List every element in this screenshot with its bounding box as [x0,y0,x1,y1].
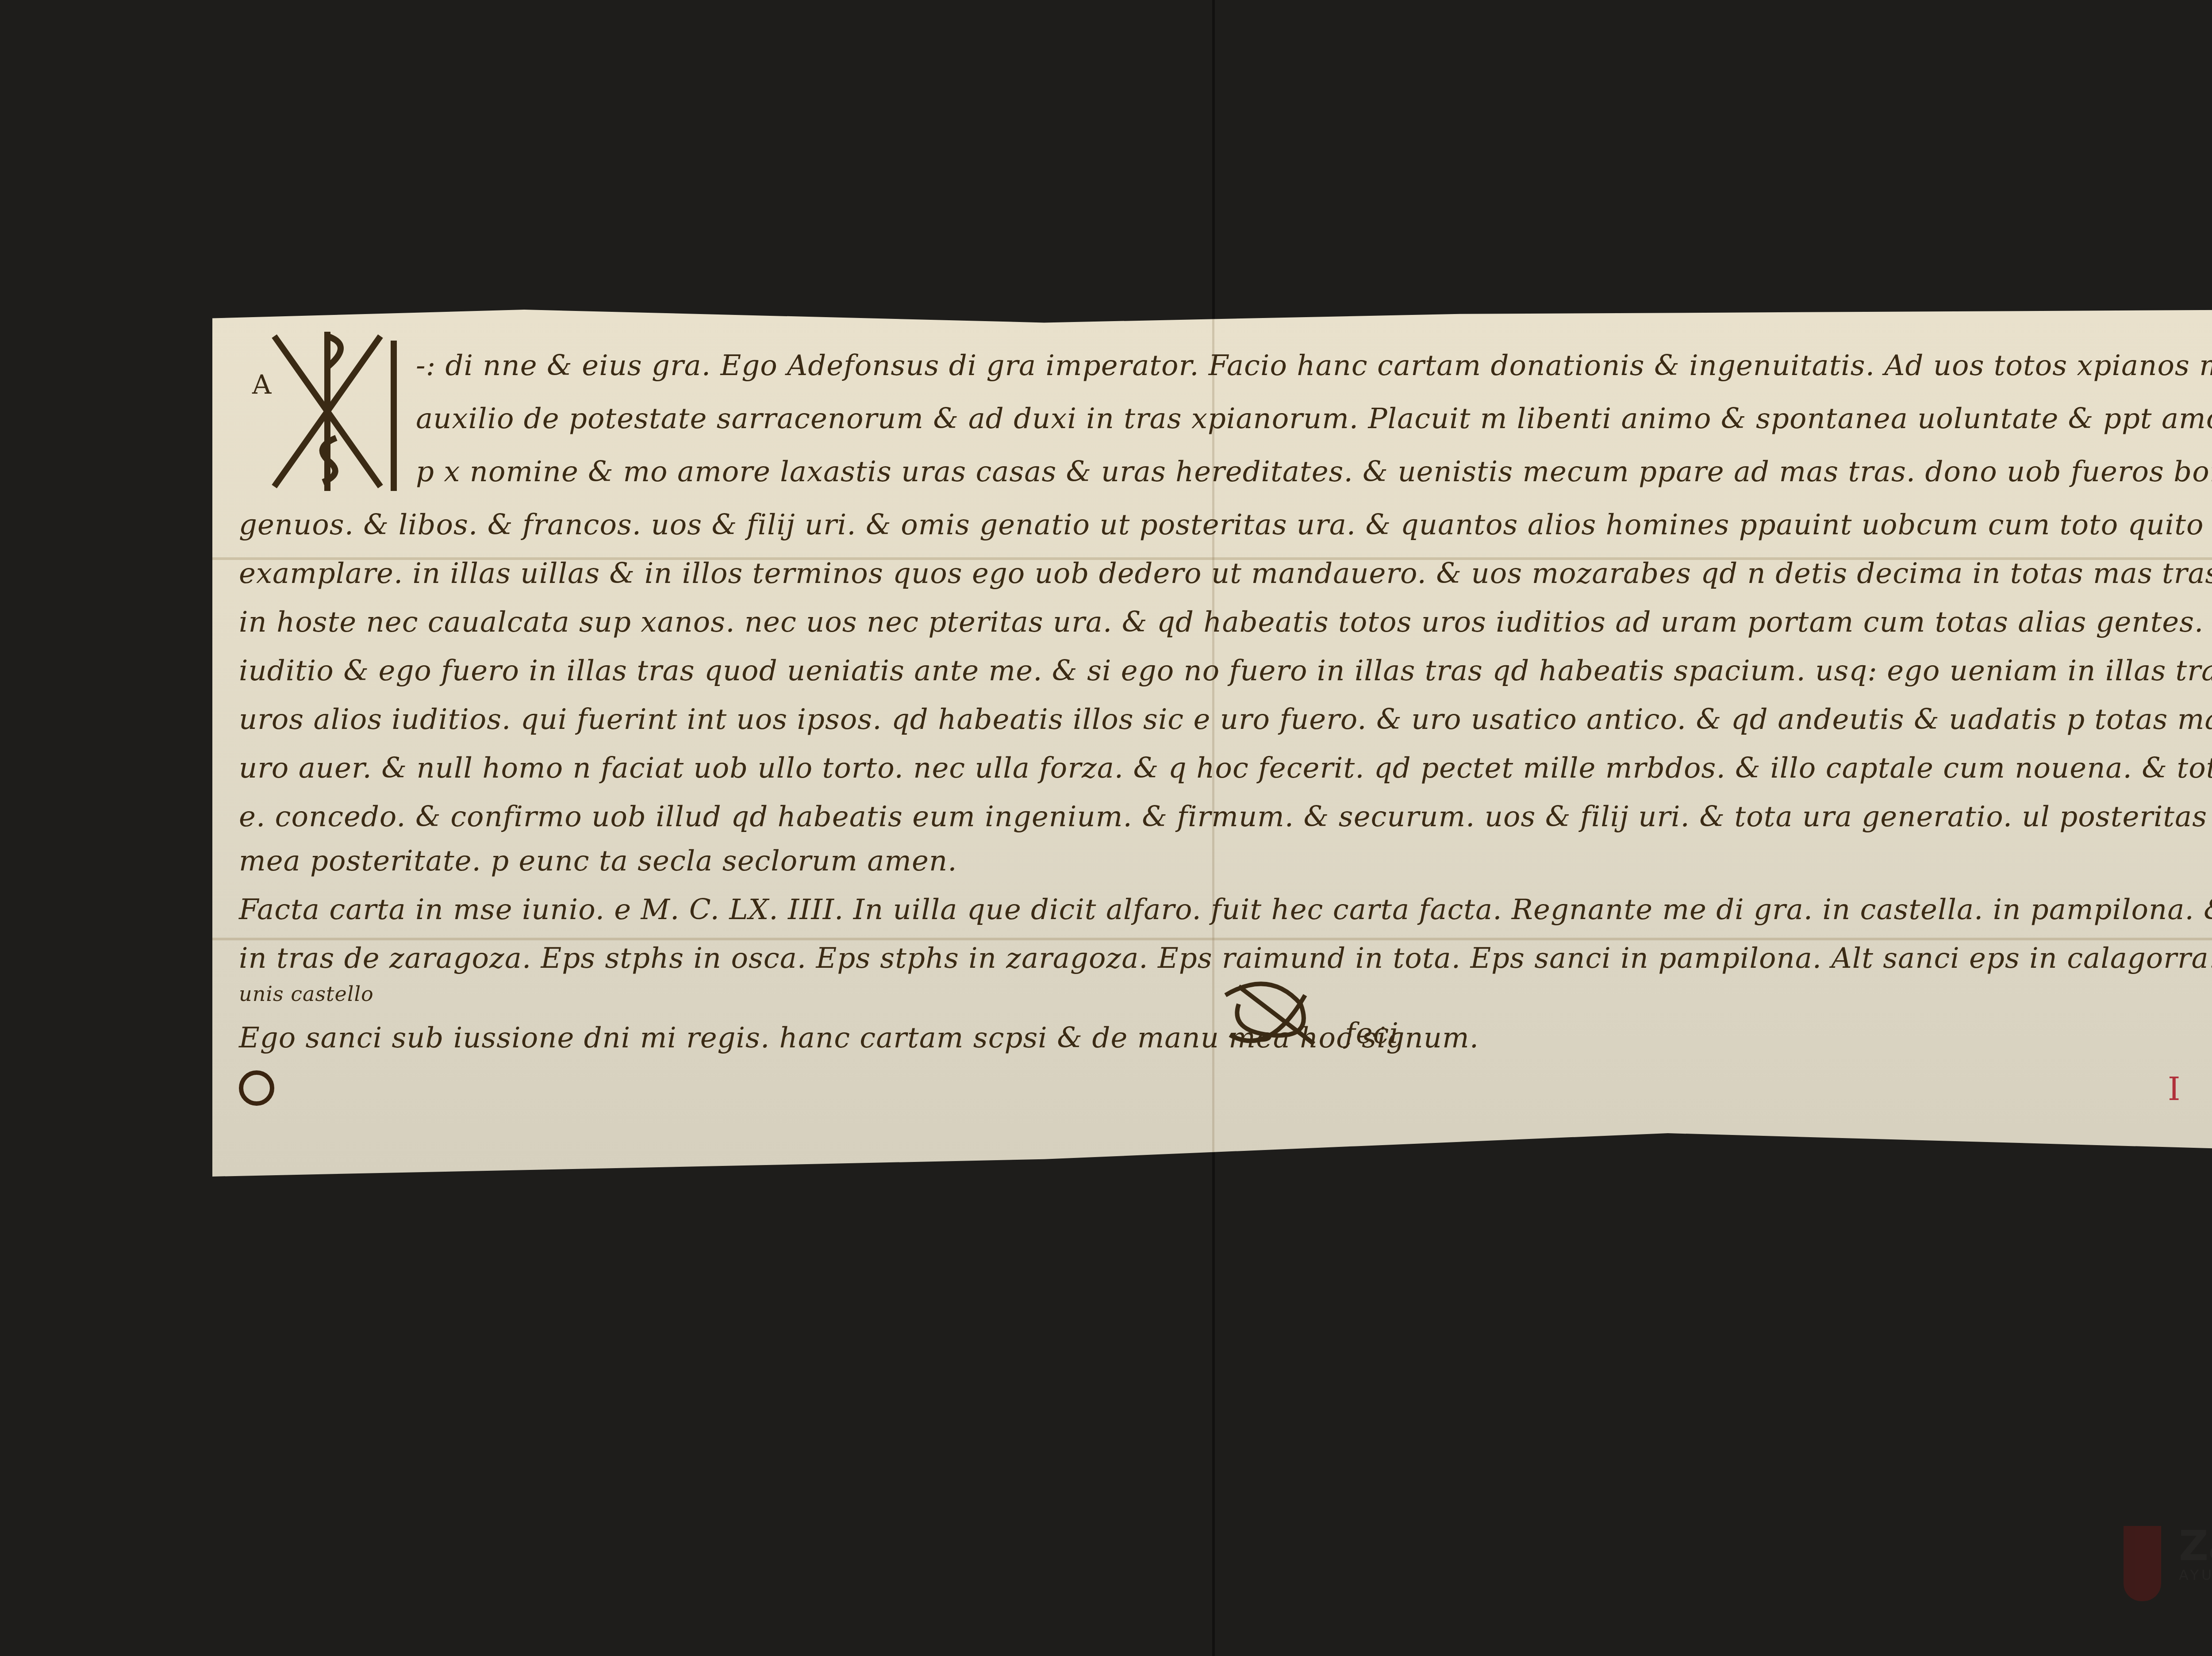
charter-line-6: in hoste nec caualcata sup xanos. nec uo… [239,606,2212,639]
charter-line-4: genuos. & libos. & francos. uos & filij … [239,509,2212,541]
chrismon-monogram-icon: A [248,327,407,495]
charter-line-2: auxilio de potestate sarracenorum & ad d… [416,402,2212,435]
charter-line-8: uros alios iuditios. qui fuerint int uos… [239,703,2212,736]
parchment-charter: A -: di nne & eius gra. Ego Adefonsus di… [212,310,2212,1177]
dating-clause-line-3: unis castello [239,982,374,1006]
charter-line-10: e. concedo. & confirmo uob illud qd habe… [239,801,2212,833]
charter-line-7: iuditio & ego fuero in illas tras quod u… [239,655,2212,687]
charter-line-1: -: di nne & eius gra. Ego Adefonsus di g… [416,349,2212,382]
svg-text:A: A [252,369,272,400]
archive-margin-mark: I [2168,1070,2180,1108]
charter-line-9: uro auer. & null homo n faciat uob ullo … [239,752,2212,785]
signum-feci: feci [1345,1017,1399,1050]
charter-line-5: examplare. in illas uillas & in illos te… [239,557,2212,590]
dating-clause-line-1: Facta carta in mse iunio. e M. C. LX. II… [239,893,2212,926]
zaragoza-shield-icon [2124,1526,2161,1601]
charter-line-3: p x nomine & mo amore laxastis uras casa… [416,456,2212,488]
royal-signum-knot-icon [1212,969,1327,1057]
charter-line-11: mea posteritate. p eunc ta secla secloru… [239,845,957,878]
seal-hole-icon [239,1070,274,1106]
watermark-subtitle: AYUNTAMIENTO [2179,1567,2212,1583]
watermark-title: Zaragoza [2179,1526,2212,1567]
archive-watermark: Zaragoza AYUNTAMIENTO [2124,1526,2212,1601]
